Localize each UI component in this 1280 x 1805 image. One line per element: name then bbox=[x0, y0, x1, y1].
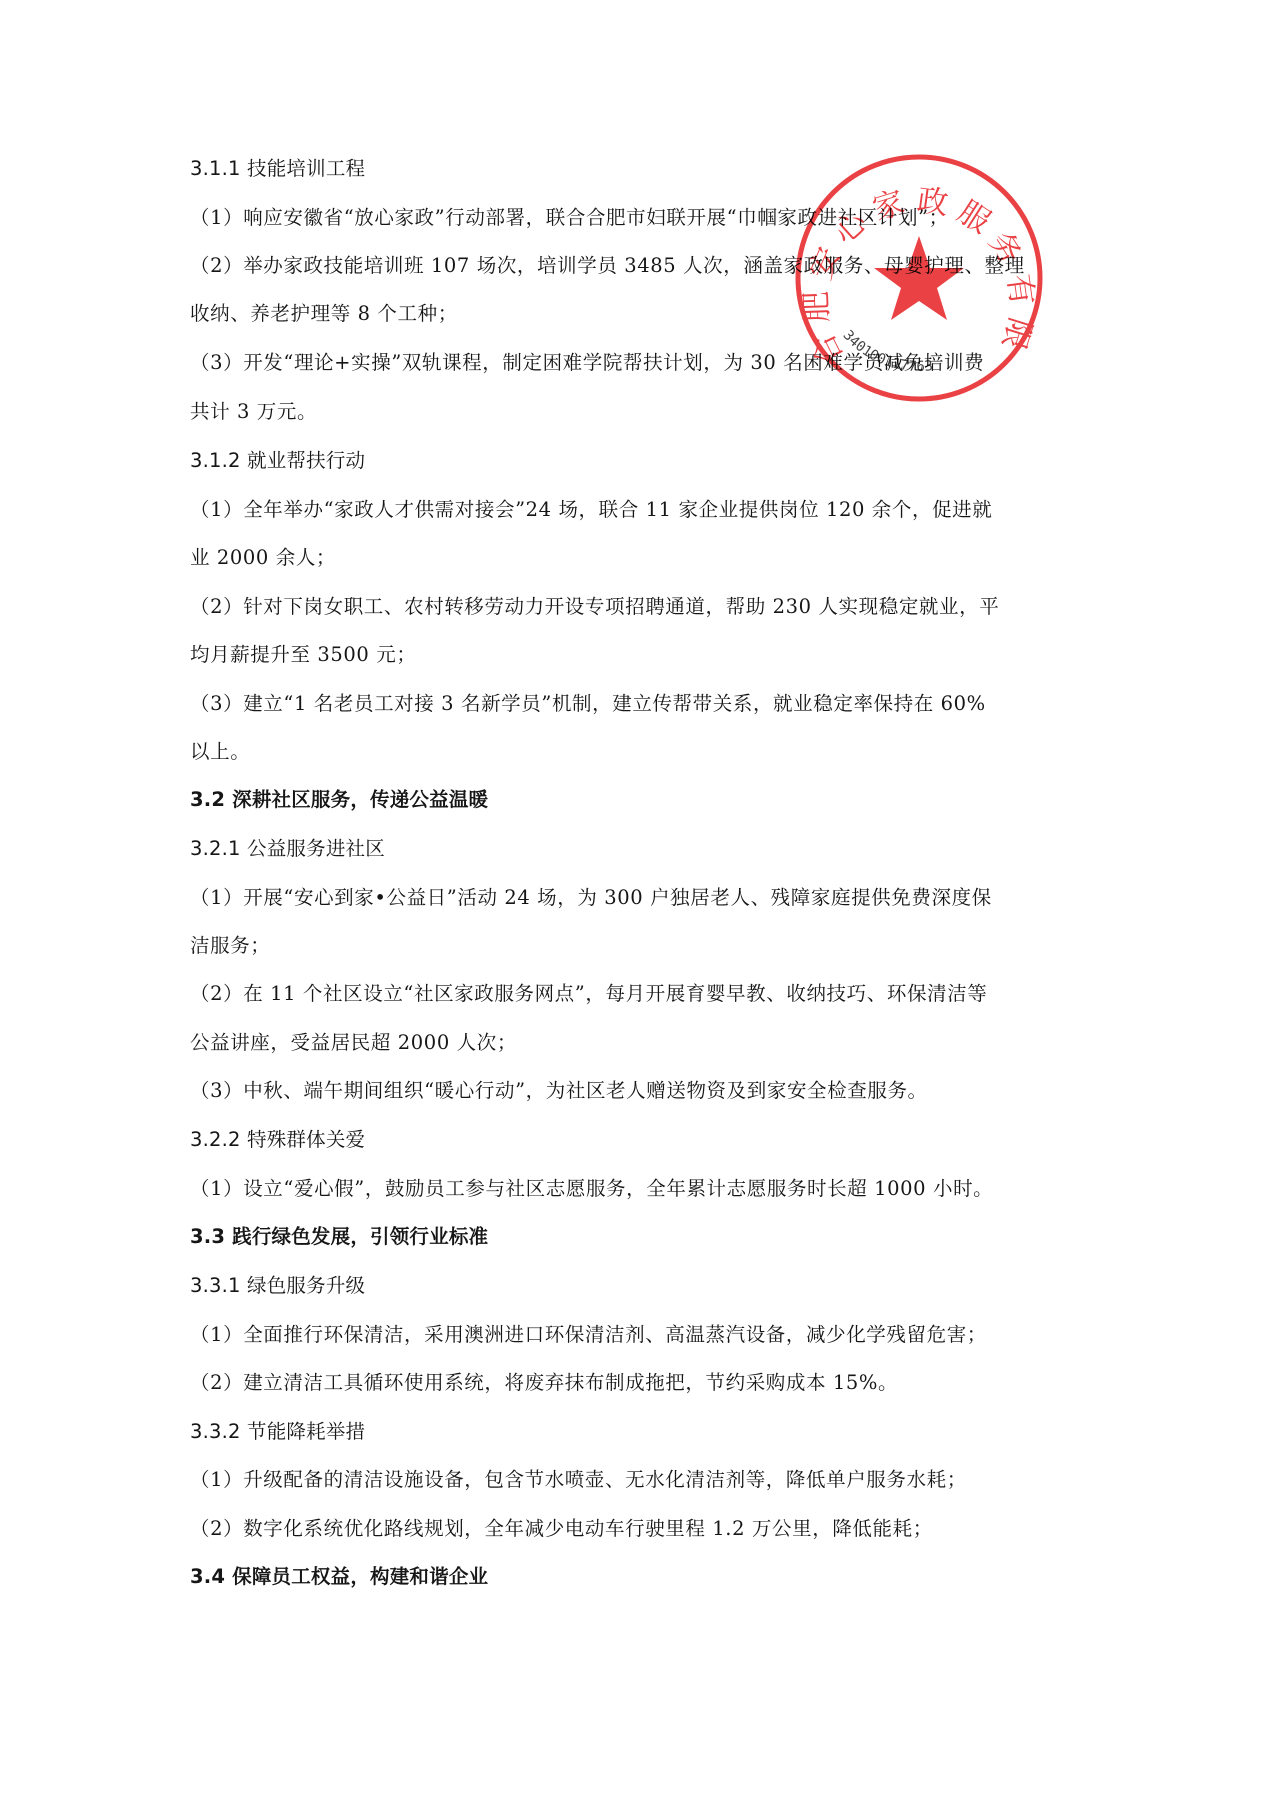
list-item: （1）响应安徽省“放心家政”行动部署，联合合肥市妇联开展“巾帼家政进社区计划”； bbox=[190, 205, 1090, 231]
section-heading-3-2: 3.2 深耕社区服务，传递公益温暖 bbox=[190, 787, 1090, 813]
list-item-continuation: 洁服务； bbox=[190, 933, 1090, 959]
list-item: （2）建立清洁工具循环使用系统，将废弃抹布制成拖把，节约采购成本 15%。 bbox=[190, 1370, 1090, 1396]
list-item: （1）全面推行环保清洁，采用澳洲进口环保清洁剂、高温蒸汽设备，减少化学残留危害； bbox=[190, 1322, 1090, 1348]
subheading-3-2-1: 3.2.1 公益服务进社区 bbox=[190, 836, 1090, 862]
list-item-continuation: 公益讲座，受益居民超 2000 人次； bbox=[190, 1030, 1090, 1056]
list-item-continuation: 业 2000 余人； bbox=[190, 545, 1090, 571]
subheading-3-3-1: 3.3.1 绿色服务升级 bbox=[190, 1273, 1090, 1299]
subheading-3-1-2: 3.1.2 就业帮扶行动 bbox=[190, 448, 1090, 474]
list-item: （2）在 11 个社区设立“社区家政服务网点”，每月开展育婴早教、收纳技巧、环保… bbox=[190, 981, 1090, 1007]
section-heading-3-4: 3.4 保障员工权益，构建和谐企业 bbox=[190, 1564, 1090, 1590]
list-item: （1）全年举办“家政人才供需对接会”24 场，联合 11 家企业提供岗位 120… bbox=[190, 497, 1090, 523]
subheading-3-2-2: 3.2.2 特殊群体关爱 bbox=[190, 1127, 1090, 1153]
list-item: （3）建立“1 名老员工对接 3 名新学员”机制，建立传帮带关系，就业稳定率保持… bbox=[190, 691, 1090, 717]
list-item-continuation: 共计 3 万元。 bbox=[190, 399, 1090, 425]
list-item: （3）中秋、端午期间组织“暖心行动”，为社区老人赠送物资及到家安全检查服务。 bbox=[190, 1078, 1090, 1104]
list-item: （3）开发“理论+实操”双轨课程，制定困难学院帮扶计划，为 30 名困难学员减免… bbox=[190, 350, 1090, 376]
list-item: （2）针对下岗女职工、农村转移劳动力开设专项招聘通道，帮助 230 人实现稳定就… bbox=[190, 594, 1090, 620]
list-item-continuation: 均月薪提升至 3500 元； bbox=[190, 642, 1090, 668]
list-item-continuation: 以上。 bbox=[190, 739, 1090, 765]
list-item: （2）数字化系统优化路线规划，全年减少电动车行驶里程 1.2 万公里，降低能耗； bbox=[190, 1516, 1090, 1542]
list-item-continuation: 收纳、养老护理等 8 个工种； bbox=[190, 301, 1090, 327]
subheading-3-1-1: 3.1.1 技能培训工程 bbox=[190, 156, 1090, 182]
list-item: （1）升级配备的清洁设施设备，包含节水喷壶、无水化清洁剂等，降低单户服务水耗； bbox=[190, 1467, 1090, 1493]
section-heading-3-3: 3.3 践行绿色发展，引领行业标准 bbox=[190, 1224, 1090, 1250]
list-item: （1）开展“安心到家•公益日”活动 24 场，为 300 户独居老人、残障家庭提… bbox=[190, 885, 1090, 911]
list-item: （1）设立“爱心假”，鼓励员工参与社区志愿服务，全年累计志愿服务时长超 1000… bbox=[190, 1176, 1090, 1202]
document-page: 3.1.1 技能培训工程 （1）响应安徽省“放心家政”行动部署，联合合肥市妇联开… bbox=[0, 0, 1280, 1805]
subheading-3-3-2: 3.3.2 节能降耗举措 bbox=[190, 1419, 1090, 1445]
list-item: （2）举办家政技能培训班 107 场次，培训学员 3485 人次，涵盖家政服务、… bbox=[190, 253, 1090, 279]
